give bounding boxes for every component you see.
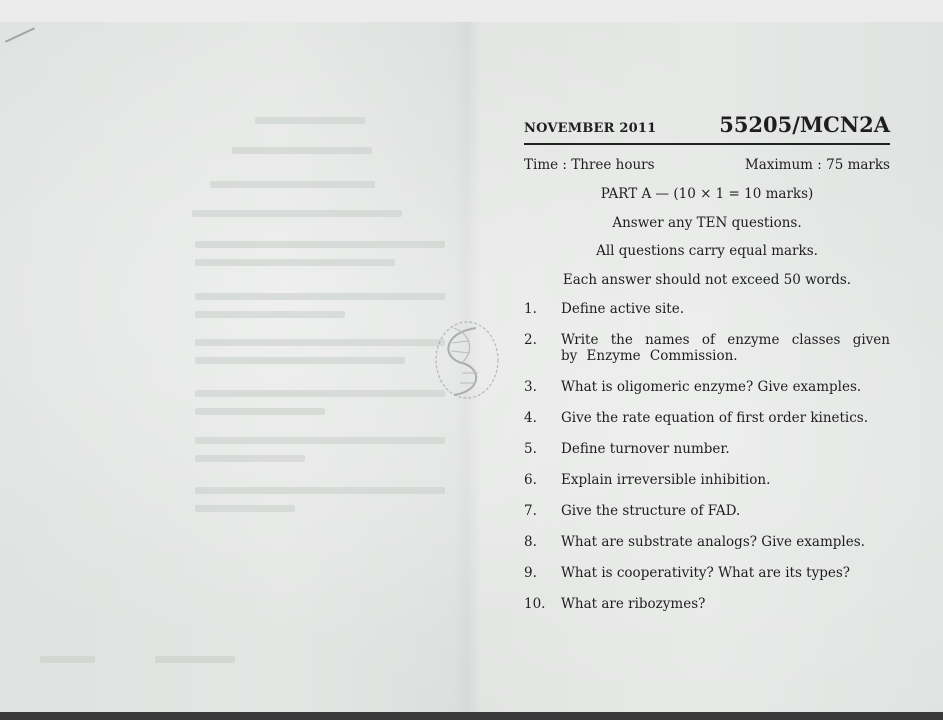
question-number: 7. [524,503,561,519]
question-item: 5. Define turnover number. [524,441,890,457]
exam-month-year: NOVEMBER 2011 [524,121,656,136]
question-item: 3. What is oligomeric enzyme? Give examp… [524,379,890,395]
instruction-word-limit: Each answer should not exceed 50 words. [524,272,890,288]
question-number: 9. [524,565,561,581]
question-text: Give the rate equation of first order ki… [561,410,890,426]
question-text: Explain irreversible inhibition. [561,472,890,488]
question-item: 8. What are substrate analogs? Give exam… [524,534,890,550]
exam-meta: Time : Three hours Maximum : 75 marks [524,157,890,173]
exam-duration: Time : Three hours [524,157,655,173]
question-text: Give the structure of FAD. [561,503,890,519]
question-number: 1. [524,301,561,317]
question-list: 1. Define active site. 2. Write the name… [524,301,890,612]
question-item: 10. What are ribozymes? [524,596,890,612]
exam-question-paper: NOVEMBER 2011 55205/MCN2A Time : Three h… [524,112,890,627]
university-seal-icon [432,313,502,408]
instruction-equal-marks: All questions carry equal marks. [524,243,890,259]
exam-max-marks: Maximum : 75 marks [745,157,890,173]
instruction-answer-any: Answer any TEN questions. [524,215,890,231]
question-number: 2. [524,332,561,364]
question-text: Write the names of enzyme classes given … [561,332,890,364]
question-number: 5. [524,441,561,457]
question-item: 2. Write the names of enzyme classes giv… [524,332,890,364]
paper-code: 55205/MCN2A [719,112,890,137]
question-number: 3. [524,379,561,395]
question-number: 6. [524,472,561,488]
paper-header: NOVEMBER 2011 55205/MCN2A [524,112,890,145]
question-text: What are substrate analogs? Give example… [561,534,890,550]
question-number: 4. [524,410,561,426]
question-number: 8. [524,534,561,550]
scanner-margin-bottom [0,712,943,720]
question-item: 6. Explain irreversible inhibition. [524,472,890,488]
bleed-through-text [0,0,470,720]
question-item: 7. Give the structure of FAD. [524,503,890,519]
question-text: What is cooperativity? What are its type… [561,565,890,581]
question-item: 1. Define active site. [524,301,890,317]
part-a-title: PART A — (10 × 1 = 10 marks) [524,186,890,202]
question-item: 4. Give the rate equation of first order… [524,410,890,426]
question-number: 10. [524,596,561,612]
question-item: 9. What is cooperativity? What are its t… [524,565,890,581]
question-text: Define active site. [561,301,890,317]
question-text: Define turnover number. [561,441,890,457]
question-text: What are ribozymes? [561,596,890,612]
question-text: What is oligomeric enzyme? Give examples… [561,379,890,395]
